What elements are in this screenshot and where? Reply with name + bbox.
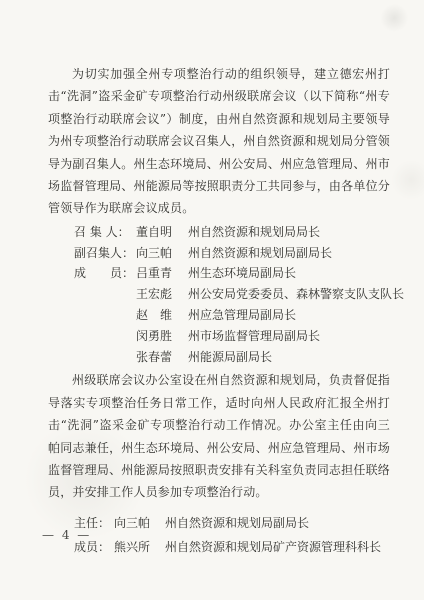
- roster-title: 州应急管理局副局长: [188, 305, 296, 326]
- roster-row: 闵勇胜 州市场监督管理局副局长: [74, 326, 390, 347]
- scanned-document-page: 为切实加强全州专项整治行动的组织领导，建立德宏州打击“洗洞”盗采金矿专项整治行动…: [0, 0, 424, 600]
- roster-row: 主任： 向三帕 州自然资源和规划局副局长: [74, 511, 390, 536]
- roster-name: 王宏彪: [136, 284, 176, 305]
- roster-name: 熊兴所: [114, 535, 154, 560]
- roster-name: 赵 维: [136, 305, 176, 326]
- roster-row: 张春蕾 州能源局副局长: [74, 347, 390, 368]
- roster-row: 召 集 人： 董自明 州自然资源和规划局局长: [74, 222, 390, 243]
- roster-role: 副召集人：: [74, 243, 136, 264]
- roster-title: 州自然资源和规划局副局长: [188, 243, 332, 264]
- document-body: 为切实加强全州专项整治行动的组织领导，建立德宏州打击“洗洞”盗采金矿专项整治行动…: [48, 63, 390, 562]
- office-roster: 主任： 向三帕 州自然资源和规划局副局长 成员： 熊兴所 州自然资源和规划局矿产…: [74, 511, 390, 560]
- roster-title: 州公安局党委委员、森林警察支队支队长: [188, 284, 404, 305]
- roster-row: 王宏彪 州公安局党委委员、森林警察支队支队长: [74, 284, 390, 305]
- roster-name: 吕重青: [136, 263, 176, 284]
- roster-title: 州市场监督管理局副局长: [188, 326, 320, 347]
- joint-meeting-roster: 召 集 人： 董自明 州自然资源和规划局局长 副召集人： 向三帕 州自然资源和规…: [74, 222, 390, 368]
- roster-title: 州能源局副局长: [188, 347, 272, 368]
- roster-name: 向三帕: [114, 511, 154, 536]
- roster-title: 州自然资源和规划局局长: [188, 222, 320, 243]
- roster-title: 州自然资源和规划局副局长: [165, 511, 309, 536]
- roster-role: 召 集 人：: [74, 222, 136, 243]
- paragraph-organization-leadership: 为切实加强全州专项整治行动的组织领导，建立德宏州打击“洗洞”盗采金矿专项整治行动…: [48, 63, 390, 220]
- paragraph-office-duties: 州级联席会议办公室设在州自然资源和规划局，负责督促指导落实专项整治任务日常工作，…: [48, 369, 390, 503]
- roster-role: 成 员：: [74, 263, 136, 284]
- roster-name: 董自明: [136, 222, 176, 243]
- roster-name: 张春蕾: [136, 347, 176, 368]
- roster-title: 州生态环境局副局长: [188, 263, 296, 284]
- roster-row: 成 员： 吕重青 州生态环境局副局长: [74, 263, 390, 284]
- page-number: — 4 —: [42, 528, 91, 542]
- roster-row: 赵 维 州应急管理局副局长: [74, 305, 390, 326]
- roster-name: 向三帕: [136, 243, 176, 264]
- roster-row: 成员： 熊兴所 州自然资源和规划局矿产资源管理科科长: [74, 535, 390, 560]
- roster-title: 州自然资源和规划局矿产资源管理科科长: [165, 535, 381, 560]
- roster-name: 闵勇胜: [136, 326, 176, 347]
- roster-row: 副召集人： 向三帕 州自然资源和规划局副局长: [74, 243, 390, 264]
